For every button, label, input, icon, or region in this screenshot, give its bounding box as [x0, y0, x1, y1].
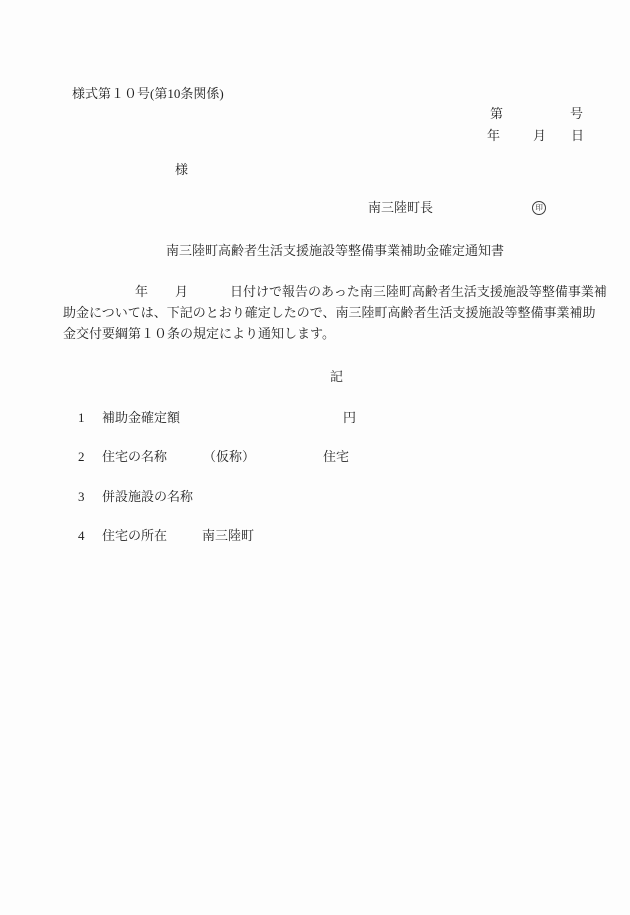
body-date-year-blank: 年	[135, 284, 148, 300]
seal-character: 印	[535, 204, 543, 212]
date-day-label: 日	[571, 128, 584, 144]
document-title: 南三陸町高齢者生活支援施設等整備事業補助金確定通知書	[166, 243, 504, 259]
item-number: 1	[78, 410, 85, 426]
body-date-month-blank: 月	[175, 284, 188, 300]
item-number: 4	[78, 528, 85, 544]
item-number: 2	[78, 449, 85, 465]
date-month-label: 月	[533, 128, 546, 144]
body-line2-text: 助金については、下記のとおり確定したので、南三陸町高齢者生活支援施設等整備事業補…	[63, 305, 595, 321]
document-number-prefix: 第	[490, 106, 503, 122]
item-unit: 円	[343, 410, 356, 426]
document-number-suffix: 号	[570, 106, 583, 122]
section-marker: 記	[330, 369, 343, 385]
item-label: 住宅の所在	[102, 528, 167, 544]
item-value-prefix: （仮称）	[203, 449, 255, 465]
item-number: 3	[78, 489, 85, 505]
addressee-honorific: 様	[175, 162, 188, 178]
body-line3-text: 金交付要綱第１０条の規定により通知します。	[63, 326, 335, 342]
seal-icon: 印	[532, 201, 546, 215]
item-value: 南三陸町	[202, 528, 254, 544]
item-label: 併設施設の名称	[102, 489, 193, 505]
form-number: 様式第１０号(第10条関係)	[72, 86, 224, 102]
item-label: 住宅の名称	[102, 449, 167, 465]
item-value-suffix: 住宅	[323, 449, 349, 465]
body-line1-text: 日付けで報告のあった南三陸町高齢者生活支援施設等整備事業補	[230, 284, 607, 300]
document-page: 様式第１０号(第10条関係) 第 号 年 月 日 様 南三陸町長 印 南三陸町高…	[0, 0, 630, 915]
item-label: 補助金確定額	[102, 410, 180, 426]
date-year-label: 年	[487, 128, 500, 144]
sender-title: 南三陸町長	[368, 200, 433, 216]
